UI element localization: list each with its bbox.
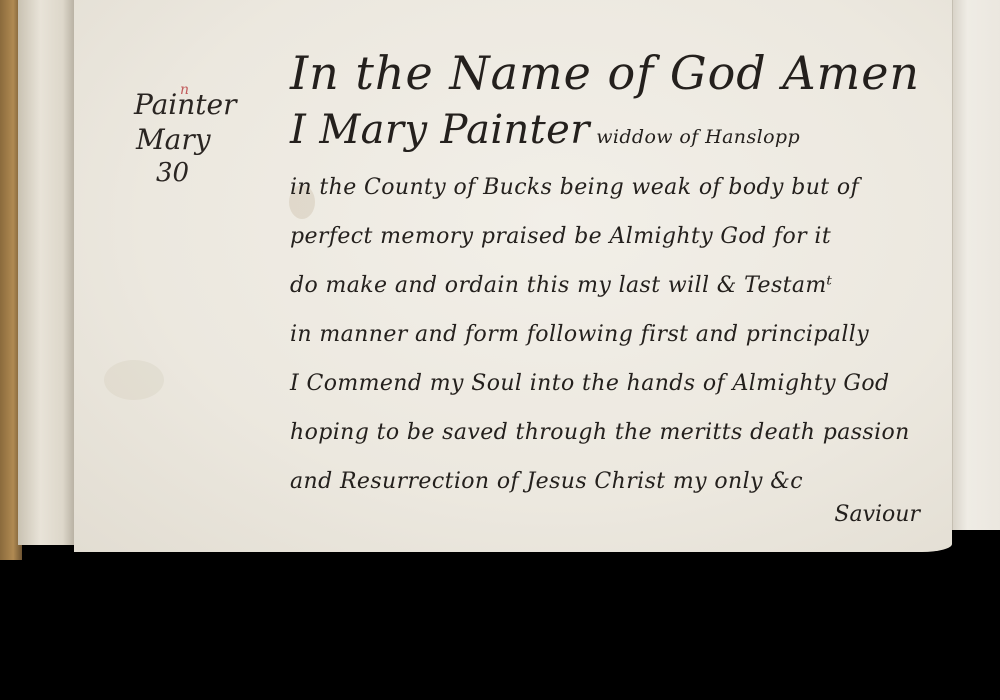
margin-surname: Painter (134, 88, 260, 121)
paper-stain (104, 360, 164, 400)
invocation-heading: In the Name of God Amen (290, 42, 950, 104)
text-line: hoping to be saved through the meritts d… (290, 408, 950, 457)
text-line: do make and ordain this my last will & T… (290, 261, 950, 310)
text-line: I Mary Painter widdow of Hanslopp (290, 104, 950, 163)
page-edge (18, 0, 76, 545)
correction-mark: n (180, 82, 189, 98)
text-line: I Commend my Soul into the hands of Almi… (290, 359, 950, 408)
text-line: in manner and form following first and p… (290, 310, 950, 359)
folio-number: 30 (156, 158, 260, 188)
margin-forename: Mary (136, 123, 260, 156)
text-line: in the County of Bucks being weak of bod… (290, 163, 950, 212)
margin-note: n Painter Mary 30 (120, 88, 260, 188)
testator-name: I Mary Painter (290, 107, 590, 153)
closing-word: Saviour (834, 502, 920, 527)
will-text: In the Name of God Amen I Mary Painter w… (290, 42, 950, 506)
text-line: perfect memory praised be Almighty God f… (290, 212, 950, 261)
facing-page-edge (952, 0, 1000, 530)
text-line: and Resurrection of Jesus Christ my only… (290, 457, 950, 506)
testator-description: widdow of Hanslopp (590, 126, 800, 148)
document-scan: n Painter Mary 30 In the Name of God Ame… (0, 0, 1000, 560)
